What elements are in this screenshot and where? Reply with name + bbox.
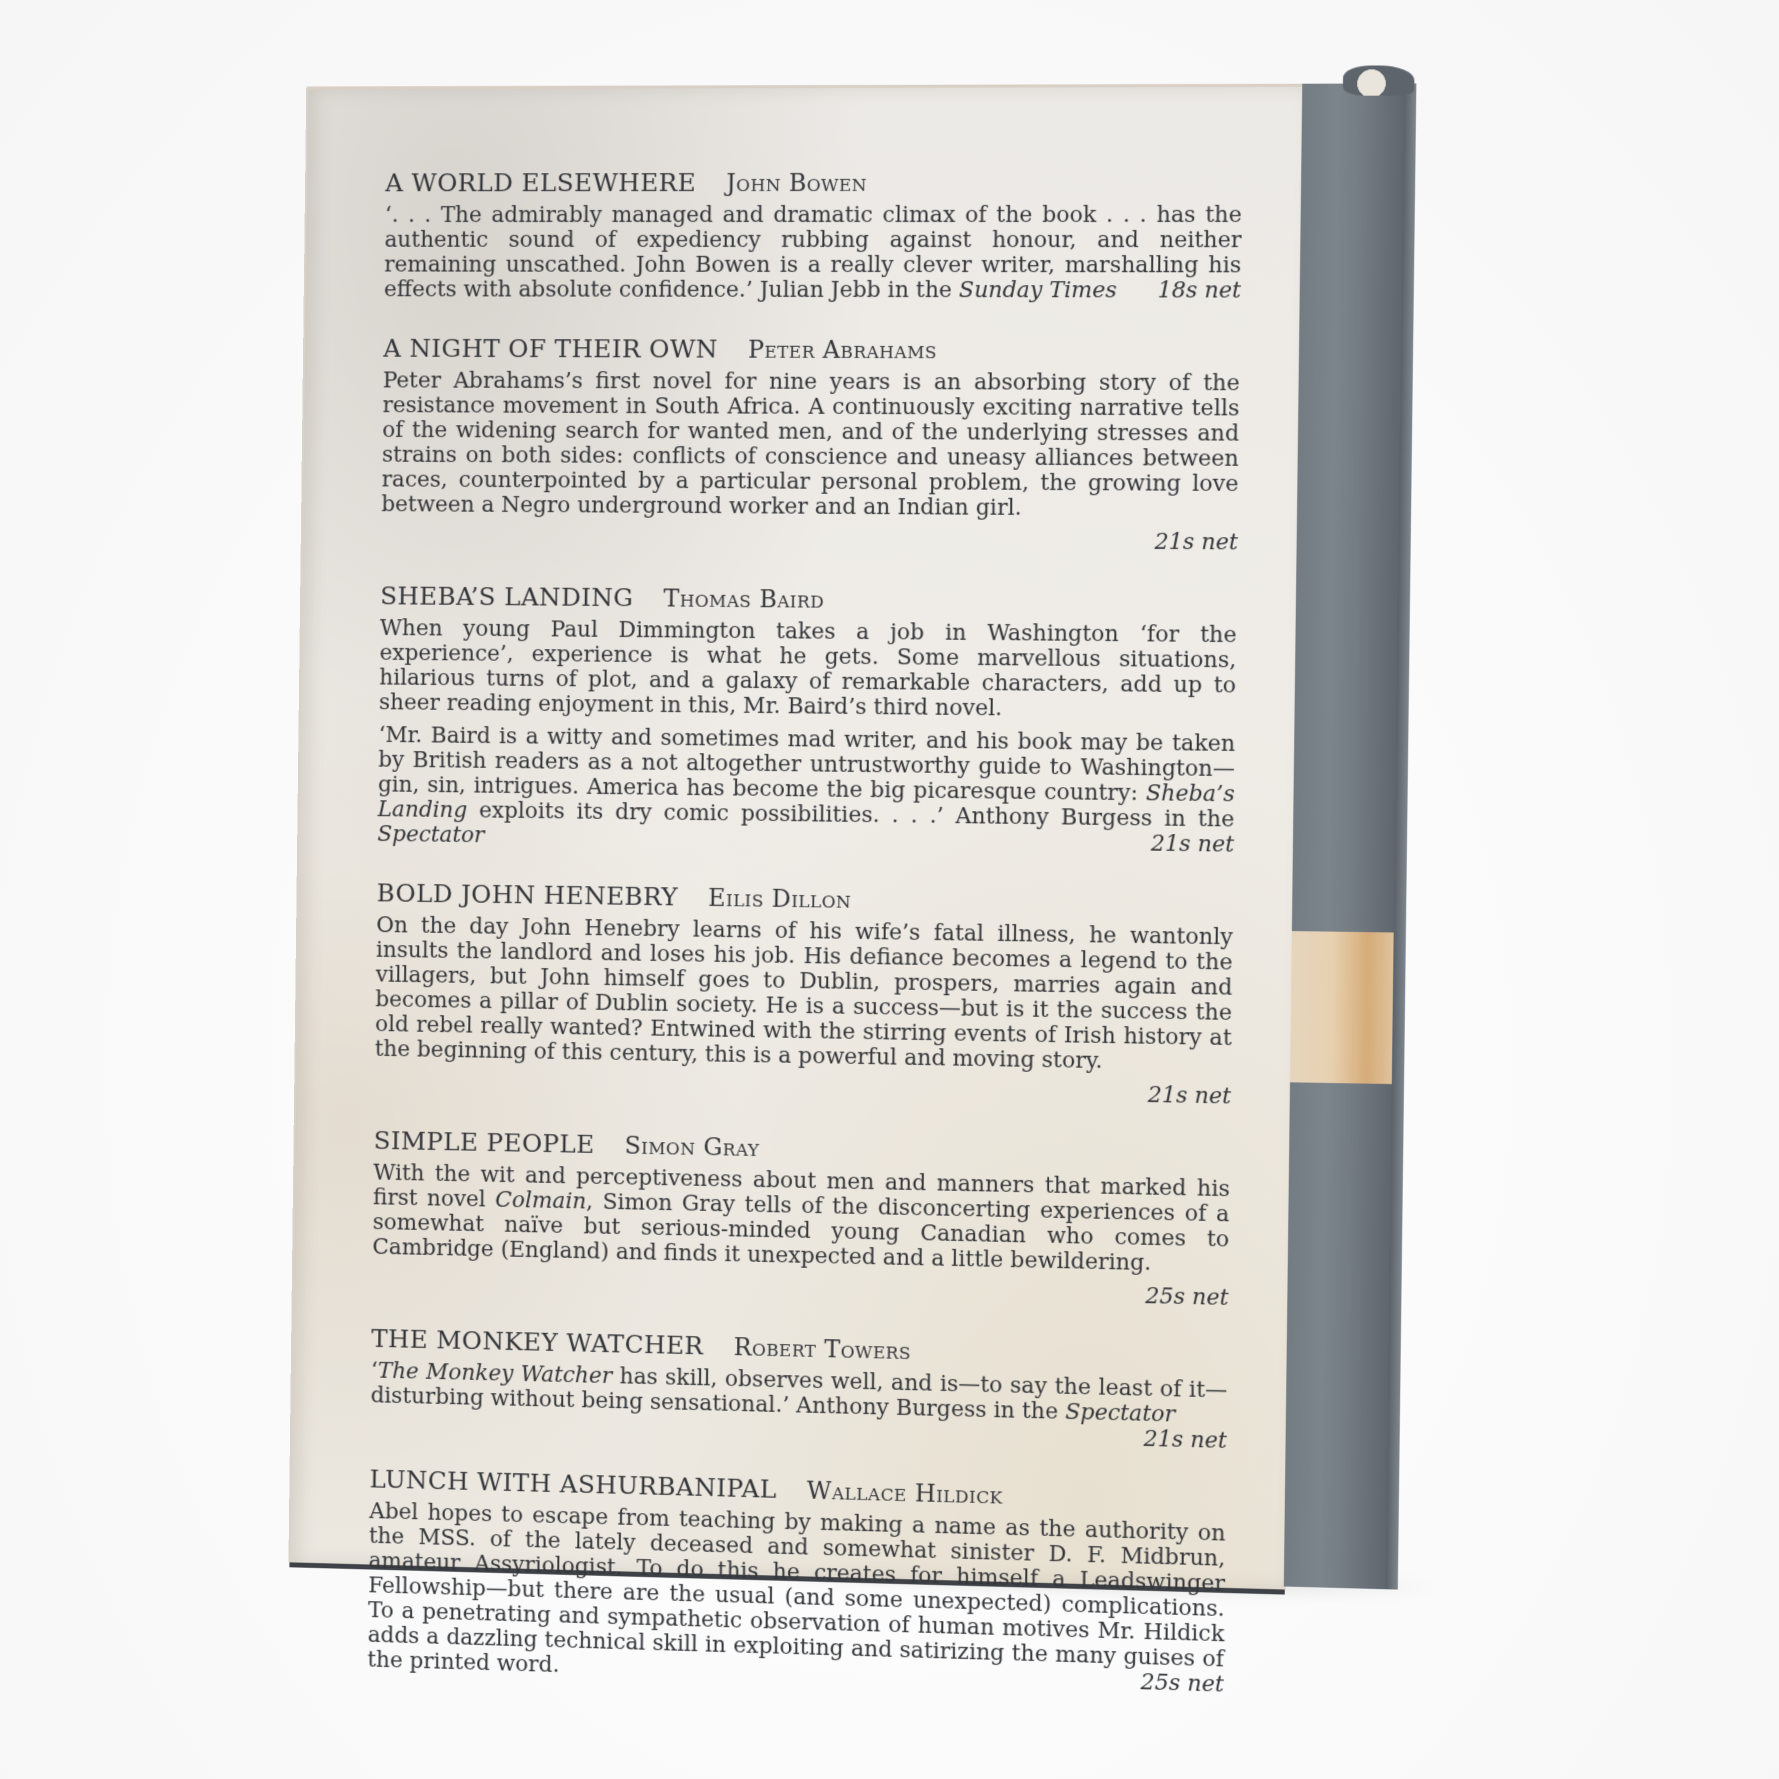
book-list: A World Elsewhere John Bowen ‘. . . The … bbox=[367, 168, 1242, 1730]
spine-tape-repair bbox=[1290, 931, 1394, 1084]
entry-heading: Bold John Henebry Eilis Dillon bbox=[377, 878, 1234, 919]
book-title: The Monkey Watcher bbox=[371, 1324, 703, 1360]
book-title: A Night of Their Own bbox=[383, 334, 718, 364]
entry-description: With the wit and perceptiveness about me… bbox=[372, 1161, 1230, 1311]
description-paragraph: Abel hopes to escape from teaching by ma… bbox=[367, 1499, 1225, 1697]
book-entry: A Night of Their Own Peter Abrahams Pete… bbox=[381, 334, 1240, 556]
price-line: 21s net bbox=[374, 1070, 1231, 1110]
description-paragraph: ‘. . . The admirably managed and dramati… bbox=[384, 203, 1242, 304]
description-paragraph: On the day John Henebry learns of his wi… bbox=[375, 913, 1233, 1076]
book-entry: Sheba’s Landing Thomas Baird When young … bbox=[377, 581, 1237, 857]
entry-description: ‘. . . The admirably managed and dramati… bbox=[384, 203, 1242, 304]
entry-description: Peter Abrahams’s first novel for nine ye… bbox=[381, 369, 1240, 556]
book-author: Peter Abrahams bbox=[748, 336, 937, 364]
entry-heading: Sheba’s Landing Thomas Baird bbox=[380, 581, 1237, 616]
book-back-cover: A World Elsewhere John Bowen ‘. . . The … bbox=[289, 83, 1456, 1590]
book-entry: The Monkey Watcher Robert Towers ‘The Mo… bbox=[370, 1324, 1228, 1454]
book-title: Simple People bbox=[374, 1126, 595, 1159]
text-run: ‘Mr. Baird is a witty and sometimes mad … bbox=[378, 723, 1236, 806]
book-author: Robert Towers bbox=[733, 1333, 911, 1365]
book-title: Sheba’s Landing bbox=[380, 581, 634, 612]
entry-description: On the day John Henebry learns of his wi… bbox=[374, 913, 1233, 1109]
dust-jacket-back: A World Elsewhere John Bowen ‘. . . The … bbox=[288, 84, 1304, 1590]
book-price: 21s net bbox=[1143, 1427, 1227, 1454]
book-author: Simon Gray bbox=[624, 1132, 759, 1162]
italic-text: Sunday Times bbox=[959, 278, 1117, 303]
book-spine bbox=[1284, 83, 1404, 1589]
italic-text: Spectator bbox=[377, 822, 484, 848]
book-price: 21s net bbox=[1151, 831, 1235, 857]
description-paragraph: ‘The Monkey Watcher has skill, observes … bbox=[370, 1359, 1227, 1454]
book-price: 21s net bbox=[1154, 530, 1238, 556]
text-run: Abel hopes to escape from teaching by ma… bbox=[367, 1499, 1225, 1678]
book-author: John Bowen bbox=[726, 169, 867, 197]
price-line: 21s net bbox=[381, 525, 1238, 555]
text-run: Peter Abrahams’s first novel for nine ye… bbox=[381, 369, 1240, 521]
entry-description: Abel hopes to escape from teaching by ma… bbox=[367, 1499, 1225, 1697]
italic-text: Colmain bbox=[495, 1188, 586, 1215]
book-author: Wallace Hildick bbox=[807, 1477, 1003, 1510]
text-run: When young Paul Dimmington takes a job i… bbox=[379, 616, 1237, 721]
description-paragraph: When young Paul Dimmington takes a job i… bbox=[379, 616, 1237, 724]
description-paragraph: ‘Mr. Baird is a witty and sometimes mad … bbox=[377, 723, 1235, 858]
book-title: Lunch with Ashurbanipal bbox=[369, 1465, 776, 1504]
book-price: 25s net bbox=[1140, 1670, 1224, 1698]
text-run: On the day John Henebry learns of his wi… bbox=[375, 913, 1233, 1074]
book-title: A World Elsewhere bbox=[385, 168, 696, 197]
description-paragraph: Peter Abrahams’s first novel for nine ye… bbox=[381, 369, 1240, 523]
book-entry: Bold John Henebry Eilis Dillon On the da… bbox=[374, 878, 1233, 1109]
book-entry: A World Elsewhere John Bowen ‘. . . The … bbox=[384, 168, 1243, 304]
book-title: Bold John Henebry bbox=[377, 878, 679, 911]
description-paragraph: With the wit and perceptiveness about me… bbox=[372, 1161, 1230, 1278]
book-author: Thomas Baird bbox=[663, 585, 824, 614]
italic-text: Spectator bbox=[1065, 1400, 1175, 1428]
entry-description: ‘The Monkey Watcher has skill, observes … bbox=[370, 1359, 1227, 1454]
book-entry: Simple People Simon Gray With the wit an… bbox=[372, 1126, 1231, 1311]
spine-torn-corner bbox=[1343, 65, 1415, 96]
book-entry: Lunch with Ashurbanipal Wallace Hildick … bbox=[367, 1465, 1226, 1698]
entry-heading: A Night of Their Own Peter Abrahams bbox=[383, 334, 1240, 365]
entry-heading: A World Elsewhere John Bowen bbox=[385, 168, 1242, 198]
book-price: 18s net bbox=[1157, 278, 1241, 303]
book-price: 25s net bbox=[1145, 1284, 1229, 1311]
book-author: Eilis Dillon bbox=[708, 884, 851, 914]
entry-description: When young Paul Dimmington takes a job i… bbox=[377, 616, 1237, 858]
book-price: 21s net bbox=[1148, 1083, 1232, 1110]
